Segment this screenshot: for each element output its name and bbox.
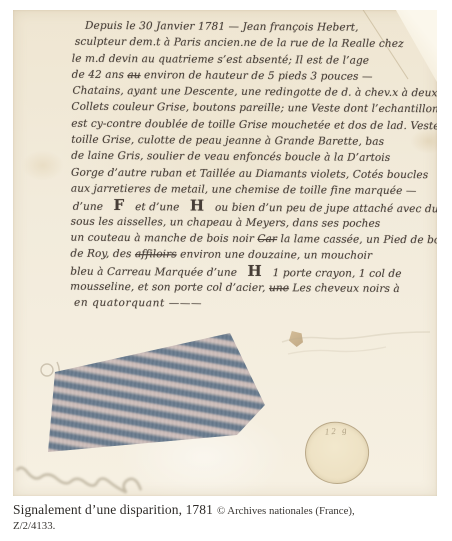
caption-title: Signalement d’une disparition, 1781: [13, 502, 213, 517]
document-photo: Depuis le 30 Janvier 1781 — Jean françoi…: [13, 10, 437, 496]
caption-reference: Z/2/4133.: [13, 519, 445, 533]
manuscript-line: en quatorquant ———: [74, 295, 437, 314]
ink-showthrough-script: [14, 453, 148, 496]
fabric-stripes: [44, 326, 270, 460]
caption-credit: © Archives nationales (France),: [217, 505, 355, 517]
seal-inscription: 12 g: [324, 425, 349, 437]
manuscript-text: Depuis le 30 Janvier 1781 — Jean françoi…: [70, 18, 437, 327]
caption: Signalement d’une disparition, 1781 © Ar…: [13, 503, 445, 533]
manuscript-line: d’une F et d’une H ou bien d’un peu de j…: [73, 197, 437, 216]
fabric-swatch: [48, 330, 266, 456]
ink-showthrough-lines: [278, 328, 437, 368]
manuscript-line: sculpteur dem.t à Paris ancien.ne de la …: [75, 34, 437, 53]
wax-seal-outline: 12 g: [301, 418, 372, 487]
